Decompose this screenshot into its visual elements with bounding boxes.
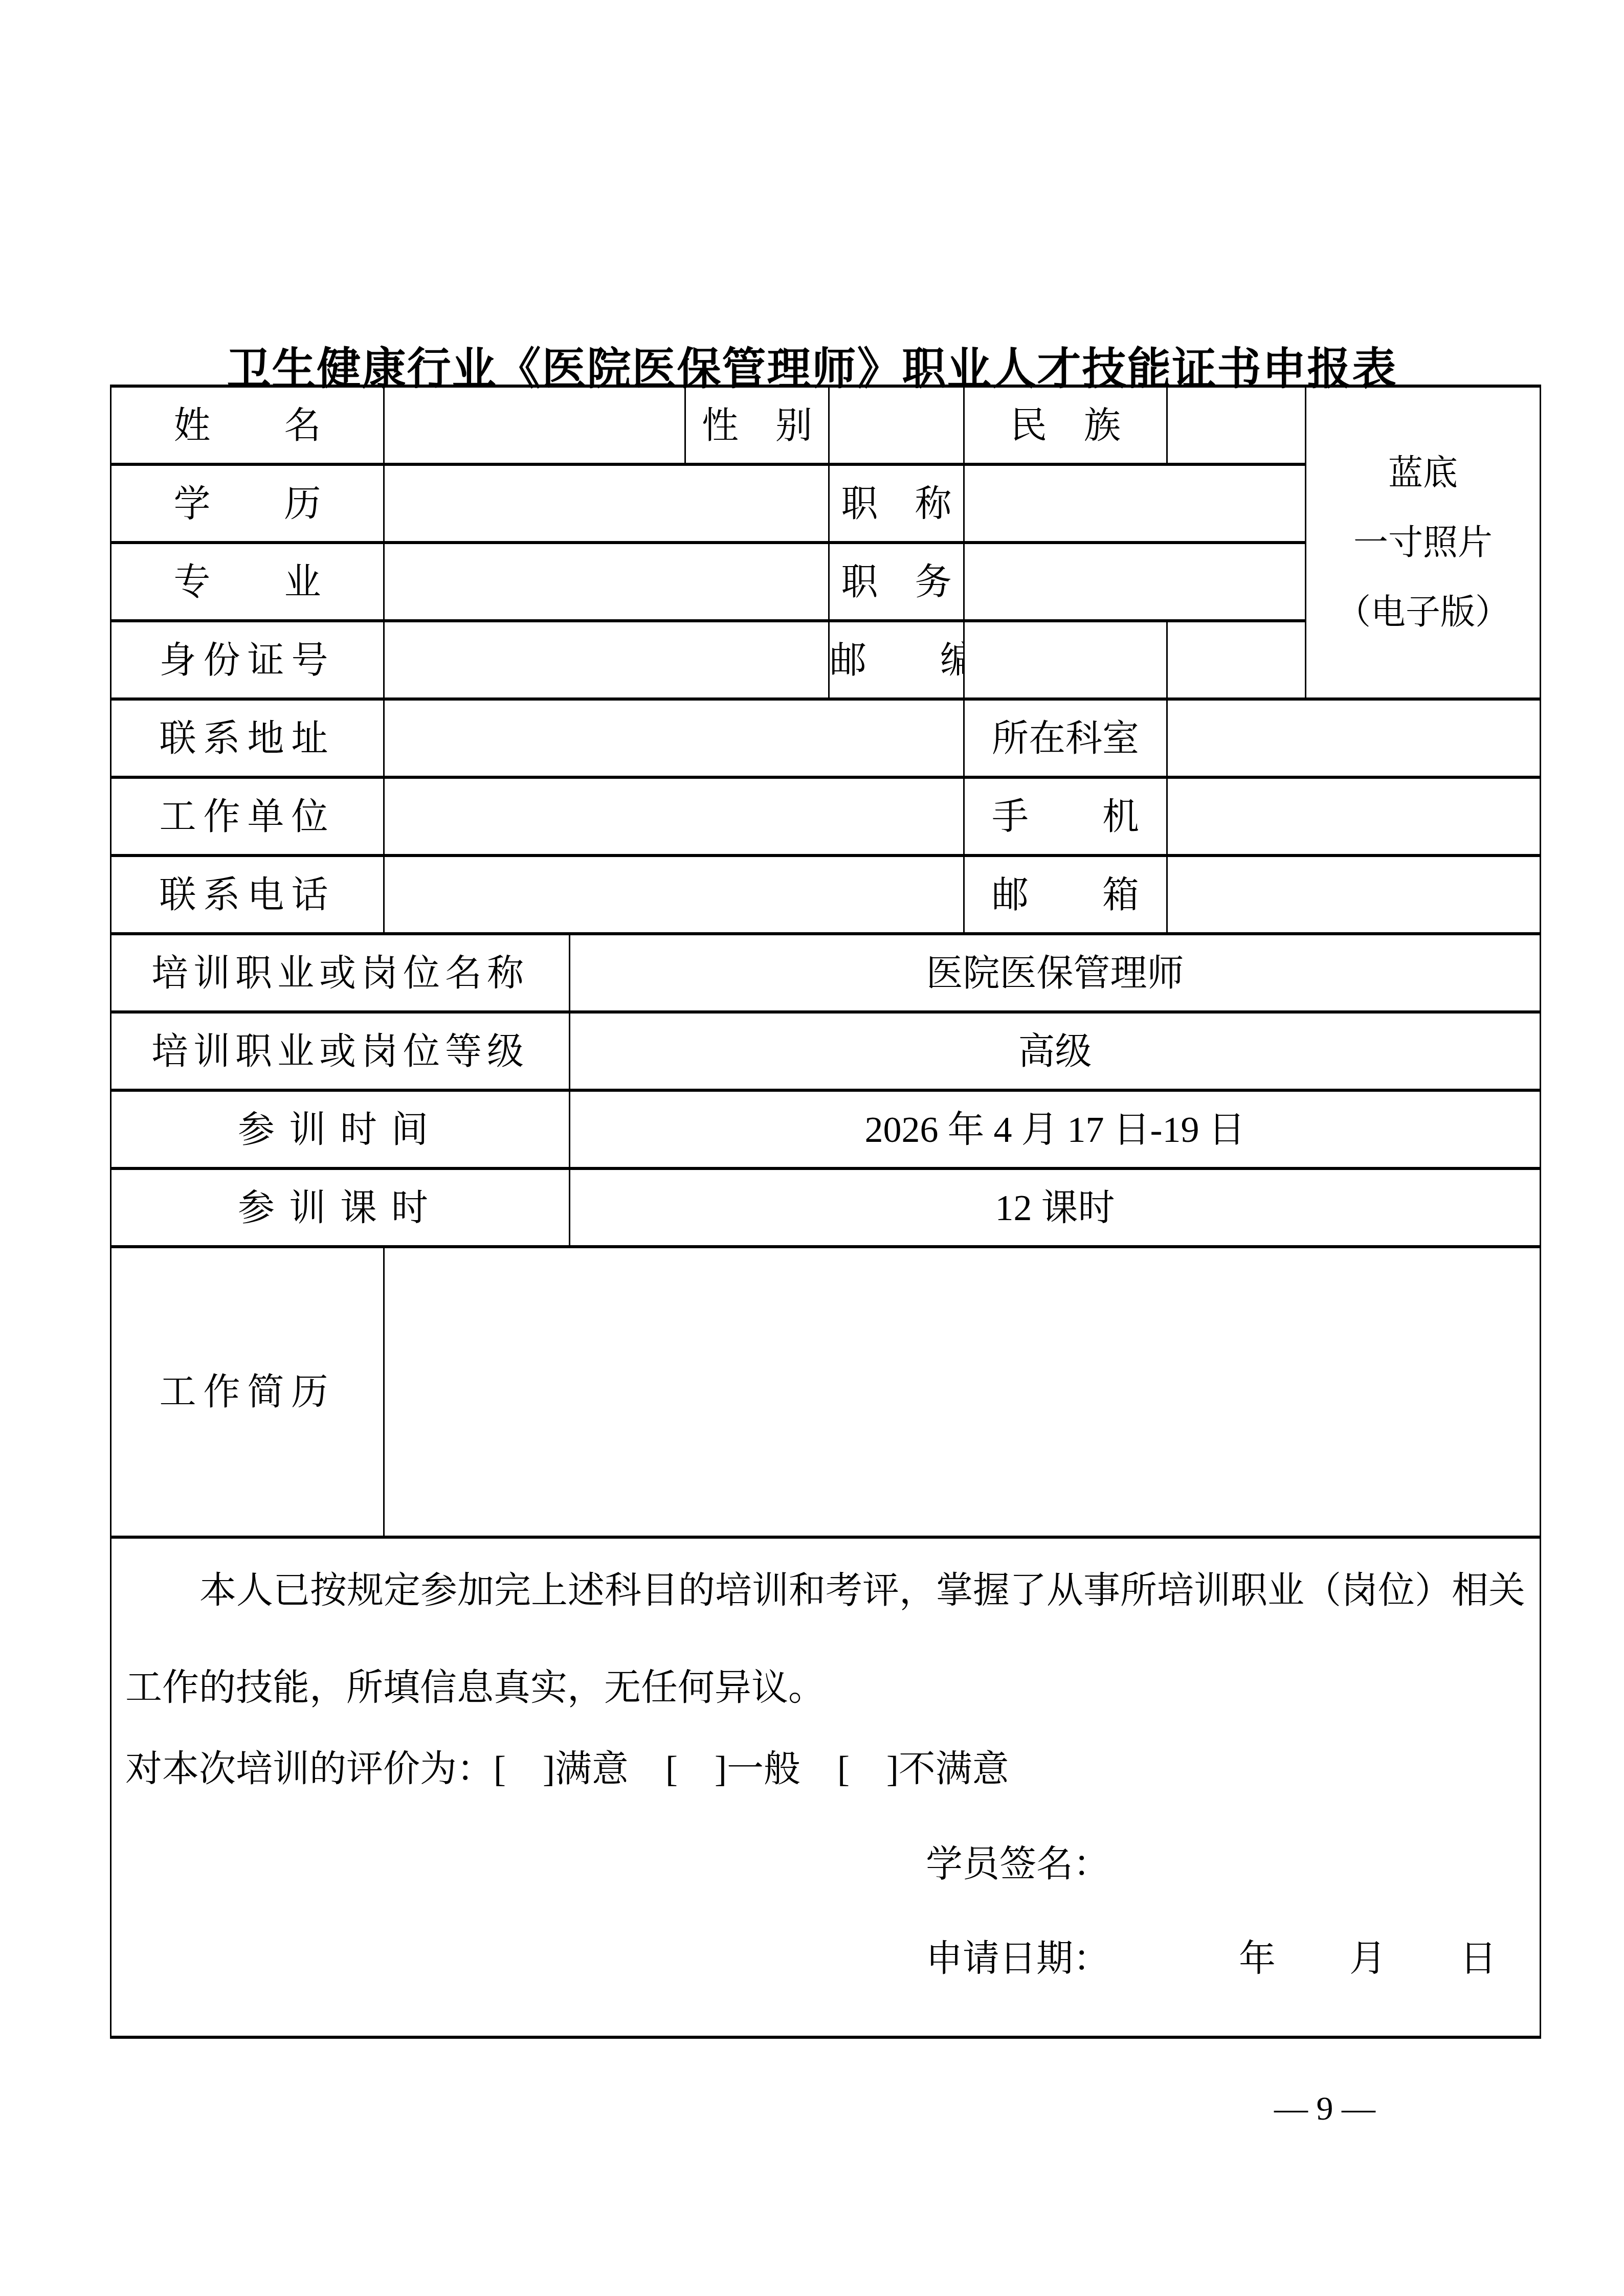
training-hours-label: 参训课时: [111, 1168, 570, 1247]
row-training-occupation-level: 培训职业或岗位等级 高级: [111, 1012, 1541, 1090]
email-label: 邮 箱: [964, 856, 1167, 934]
application-form-page: 卫生健康行业《医院医保管理师》职业人才技能证书申报表 姓 名 性 别 民 族 蓝…: [0, 0, 1624, 2296]
department-value-cell: [1167, 699, 1541, 777]
mobile-label: 手 机: [964, 777, 1167, 856]
position-value-cell: [964, 543, 1306, 621]
contact-address-label: 联系地址: [111, 699, 384, 777]
training-hours-value: 12 课时: [570, 1168, 1541, 1247]
postal-code-label: 邮 编: [829, 621, 964, 699]
contact-phone-label: 联系电话: [111, 856, 384, 934]
training-occupation-level-value: 高级: [570, 1012, 1541, 1090]
statement-line-2: 工作的技能，所填信息真实，无任何异议。: [125, 1665, 825, 1709]
training-time-value: 2026 年 4 月 17 日-19 日: [570, 1090, 1541, 1168]
gender-label: 性 别: [685, 386, 829, 464]
major-label: 专 业: [111, 543, 384, 621]
department-label: 所在科室: [964, 699, 1167, 777]
training-occupation-level-label: 培训职业或岗位等级: [111, 1012, 570, 1090]
prof-title-value-cell: [964, 464, 1306, 543]
name-value-cell: [384, 386, 685, 464]
id-number-label: 身份证号: [111, 621, 384, 699]
position-label: 职 务: [829, 543, 964, 621]
row-phone-email: 联系电话 邮 箱: [111, 856, 1541, 934]
id-number-value-cell: [384, 621, 829, 699]
training-time-label: 参训时间: [111, 1090, 570, 1168]
student-signature-label: 学员签名：: [926, 1842, 1110, 1886]
major-value-cell: [384, 543, 829, 621]
evaluation-line: 对本次培训的评价为：[ ]满意 [ ]一般 [ ]不满意: [125, 1747, 1009, 1791]
education-label: 学 历: [111, 464, 384, 543]
ethnicity-label: 民 族: [964, 386, 1167, 464]
row-name-gender-ethnicity: 姓 名 性 别 民 族 蓝底 一寸照片 （电子版）: [111, 386, 1541, 464]
prof-title-label: 职 称: [829, 464, 964, 543]
contact-phone-value-cell: [384, 856, 964, 934]
row-work-resume: 工作简历: [111, 1247, 1541, 1537]
postal-code-value-cell: [964, 621, 1167, 699]
education-value-cell: [384, 464, 829, 543]
training-occupation-name-value: 医院医保管理师: [570, 934, 1541, 1012]
row-address-department: 联系地址 所在科室: [111, 699, 1541, 777]
photo-box-line1: 蓝底: [1306, 438, 1540, 508]
photo-box-line2: 一寸照片: [1306, 508, 1540, 577]
work-resume-value-cell: [384, 1247, 1541, 1537]
training-occupation-name-label: 培训职业或岗位名称: [111, 934, 570, 1012]
row-workunit-mobile: 工作单位 手 机: [111, 777, 1541, 856]
email-value-cell: [1167, 856, 1541, 934]
row-statement: 本人已按规定参加完上述科目的培训和考评，掌握了从事所培训职业（岗位）相关 工作的…: [111, 1537, 1541, 2037]
mobile-value-cell: [1167, 777, 1541, 856]
statement-block: 本人已按规定参加完上述科目的培训和考评，掌握了从事所培训职业（岗位）相关 工作的…: [112, 1539, 1540, 2036]
contact-address-value-cell: [384, 699, 964, 777]
work-unit-value-cell: [384, 777, 964, 856]
ethnicity-value-cell: [1167, 386, 1306, 464]
photo-box: 蓝底 一寸照片 （电子版）: [1306, 386, 1541, 699]
row-training-occupation-name: 培训职业或岗位名称 医院医保管理师: [111, 934, 1541, 1012]
row-training-time: 参训时间 2026 年 4 月 17 日-19 日: [111, 1090, 1541, 1168]
gender-value-cell: [829, 386, 964, 464]
page-number: — 9 —: [1228, 2089, 1422, 2128]
photo-box-line3: （电子版）: [1306, 577, 1540, 647]
application-date-label: 申请日期： 年 月 日: [926, 1937, 1497, 1980]
work-unit-label: 工作单位: [111, 777, 384, 856]
work-resume-label: 工作简历: [111, 1247, 384, 1537]
name-label: 姓 名: [111, 386, 384, 464]
row-training-hours: 参训课时 12 课时: [111, 1168, 1541, 1247]
application-form-table: 姓 名 性 别 民 族 蓝底 一寸照片 （电子版） 学 历 职 称 专 业 职 …: [110, 385, 1541, 2039]
statement-line-1: 本人已按规定参加完上述科目的培训和考评，掌握了从事所培训职业（岗位）相关: [199, 1568, 1525, 1612]
